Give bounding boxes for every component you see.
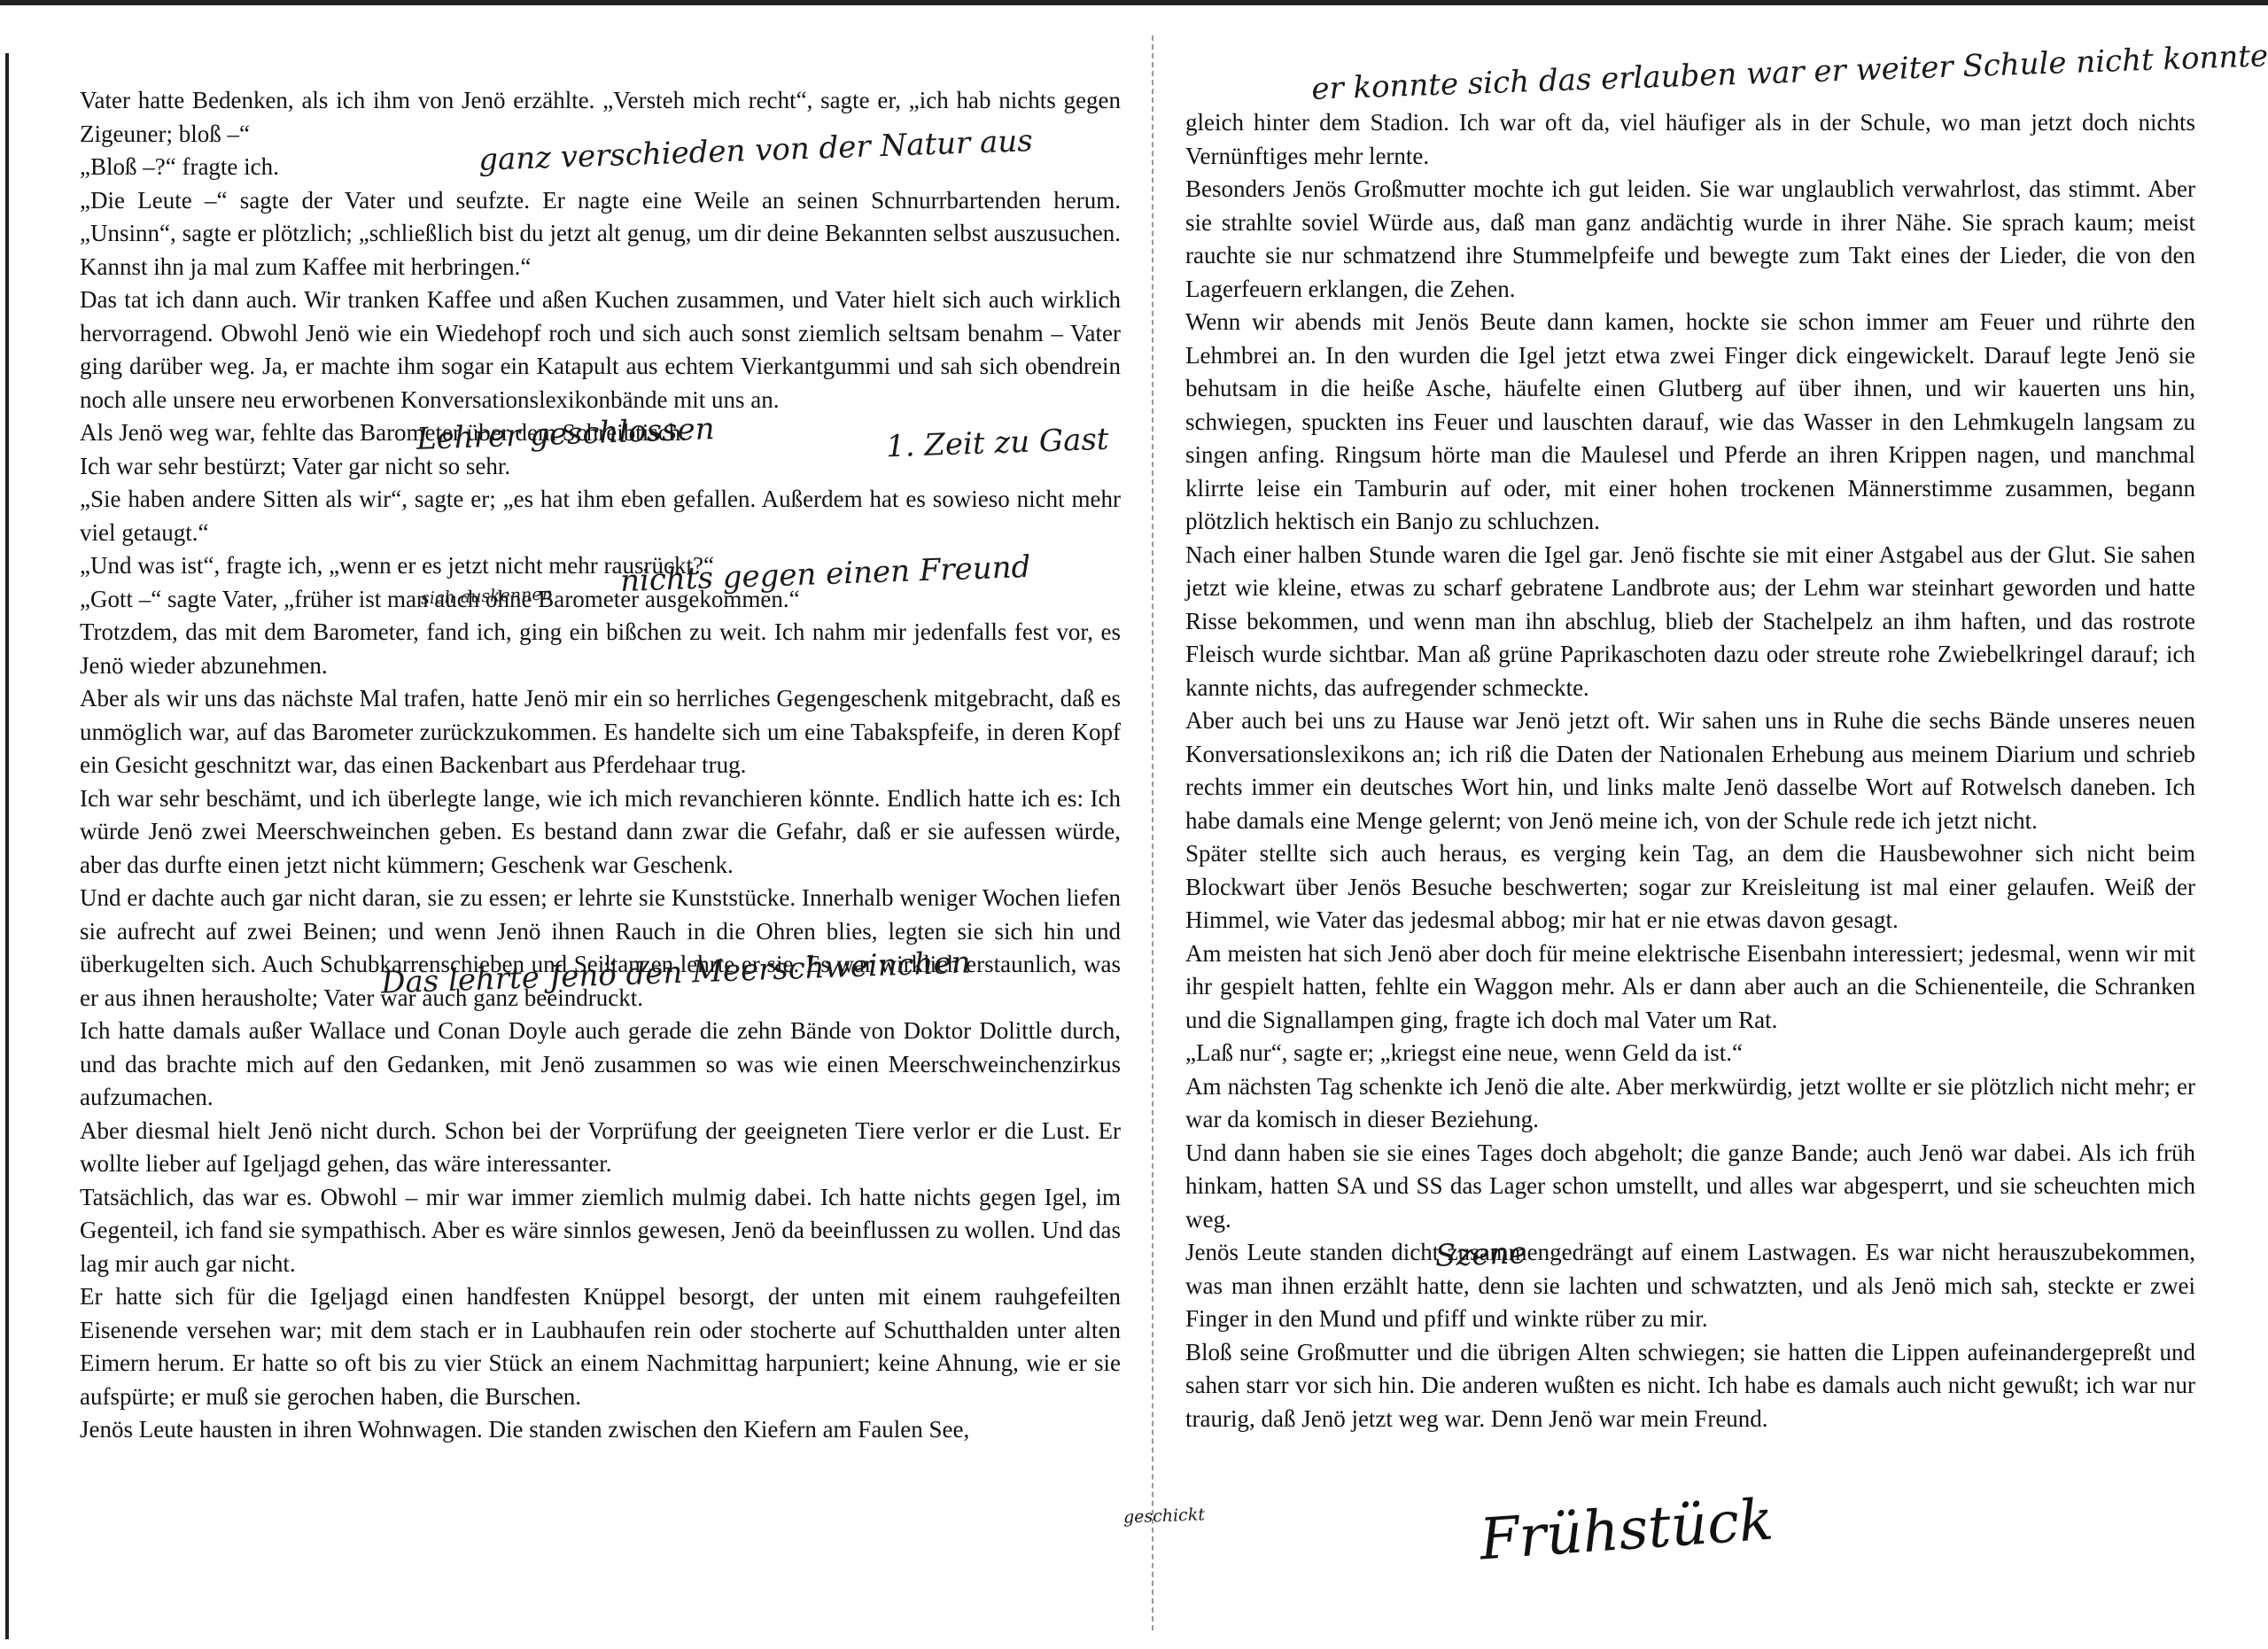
paragraph: Besonders Jenös Großmutter mochte ich gu… [1185,173,2195,306]
page-gutter [1152,35,1153,1630]
paragraph: Am nächsten Tag schenkte ich Jenö die al… [1185,1070,2195,1137]
paragraph: Aber als wir uns das nächste Mal trafen,… [80,682,1121,782]
paragraph: Ich war sehr beschämt, und ich überlegte… [80,782,1121,883]
paragraph: Später stellte sich auch heraus, es verg… [1185,837,2195,937]
scan-left-border [5,53,9,1639]
paragraph: „Gott –“ sagte Vater, „früher ist man au… [80,583,1121,617]
paragraph: Trotzdem, das mit dem Barometer, fand ic… [80,616,1121,682]
handwritten-note: Szene [1434,1235,1527,1274]
paragraph: Nach einer halben Stunde waren die Igel … [1185,539,2195,705]
paragraph: Aber diesmal hielt Jenö nicht durch. Sch… [80,1115,1121,1181]
paragraph: Aber auch bei uns zu Hause war Jenö jetz… [1185,704,2195,837]
paragraph: „Sie haben andere Sitten als wir“, sagte… [80,483,1121,549]
paragraph: „Laß nur“, sagte er; „kriegst eine neue,… [1185,1037,2195,1070]
handwritten-note: geschickt [1123,1505,1206,1527]
paragraph: Jenös Leute standen dicht zusammengedrän… [1185,1236,2195,1336]
paragraph: Am meisten hat sich Jenö aber doch für m… [1185,937,2195,1038]
paragraph: „Die Leute –“ sagte der Vater und seufzt… [80,184,1121,284]
handwritten-signature: Frühstück [1478,1488,1775,1574]
paragraph: Tatsächlich, das war es. Obwohl – mir wa… [80,1181,1121,1281]
paragraph: gleich hinter dem Stadion. Ich war oft d… [1185,106,2195,173]
paragraph: Und dann haben sie sie eines Tages doch … [1185,1137,2195,1237]
scan-top-border [0,0,2268,5]
paragraph: Er hatte sich für die Igeljagd einen han… [80,1280,1121,1413]
left-page-column: Vater hatte Bedenken, als ich ihm von Je… [80,84,1121,1447]
paragraph: Jenös Leute hausten in ihren Wohnwagen. … [80,1413,1121,1447]
right-page-column: gleich hinter dem Stadion. Ich war oft d… [1185,106,2195,1435]
paragraph: Das tat ich dann auch. Wir tranken Kaffe… [80,284,1121,416]
paragraph: Ich hatte damals außer Wallace und Conan… [80,1015,1121,1115]
paragraph: Wenn wir abends mit Jenös Beute dann kam… [1185,306,2195,539]
paragraph: Bloß seine Großmutter und die übrigen Al… [1185,1336,2195,1436]
handwritten-note: er konnte sich das erlauben war er weite… [1311,38,2268,107]
